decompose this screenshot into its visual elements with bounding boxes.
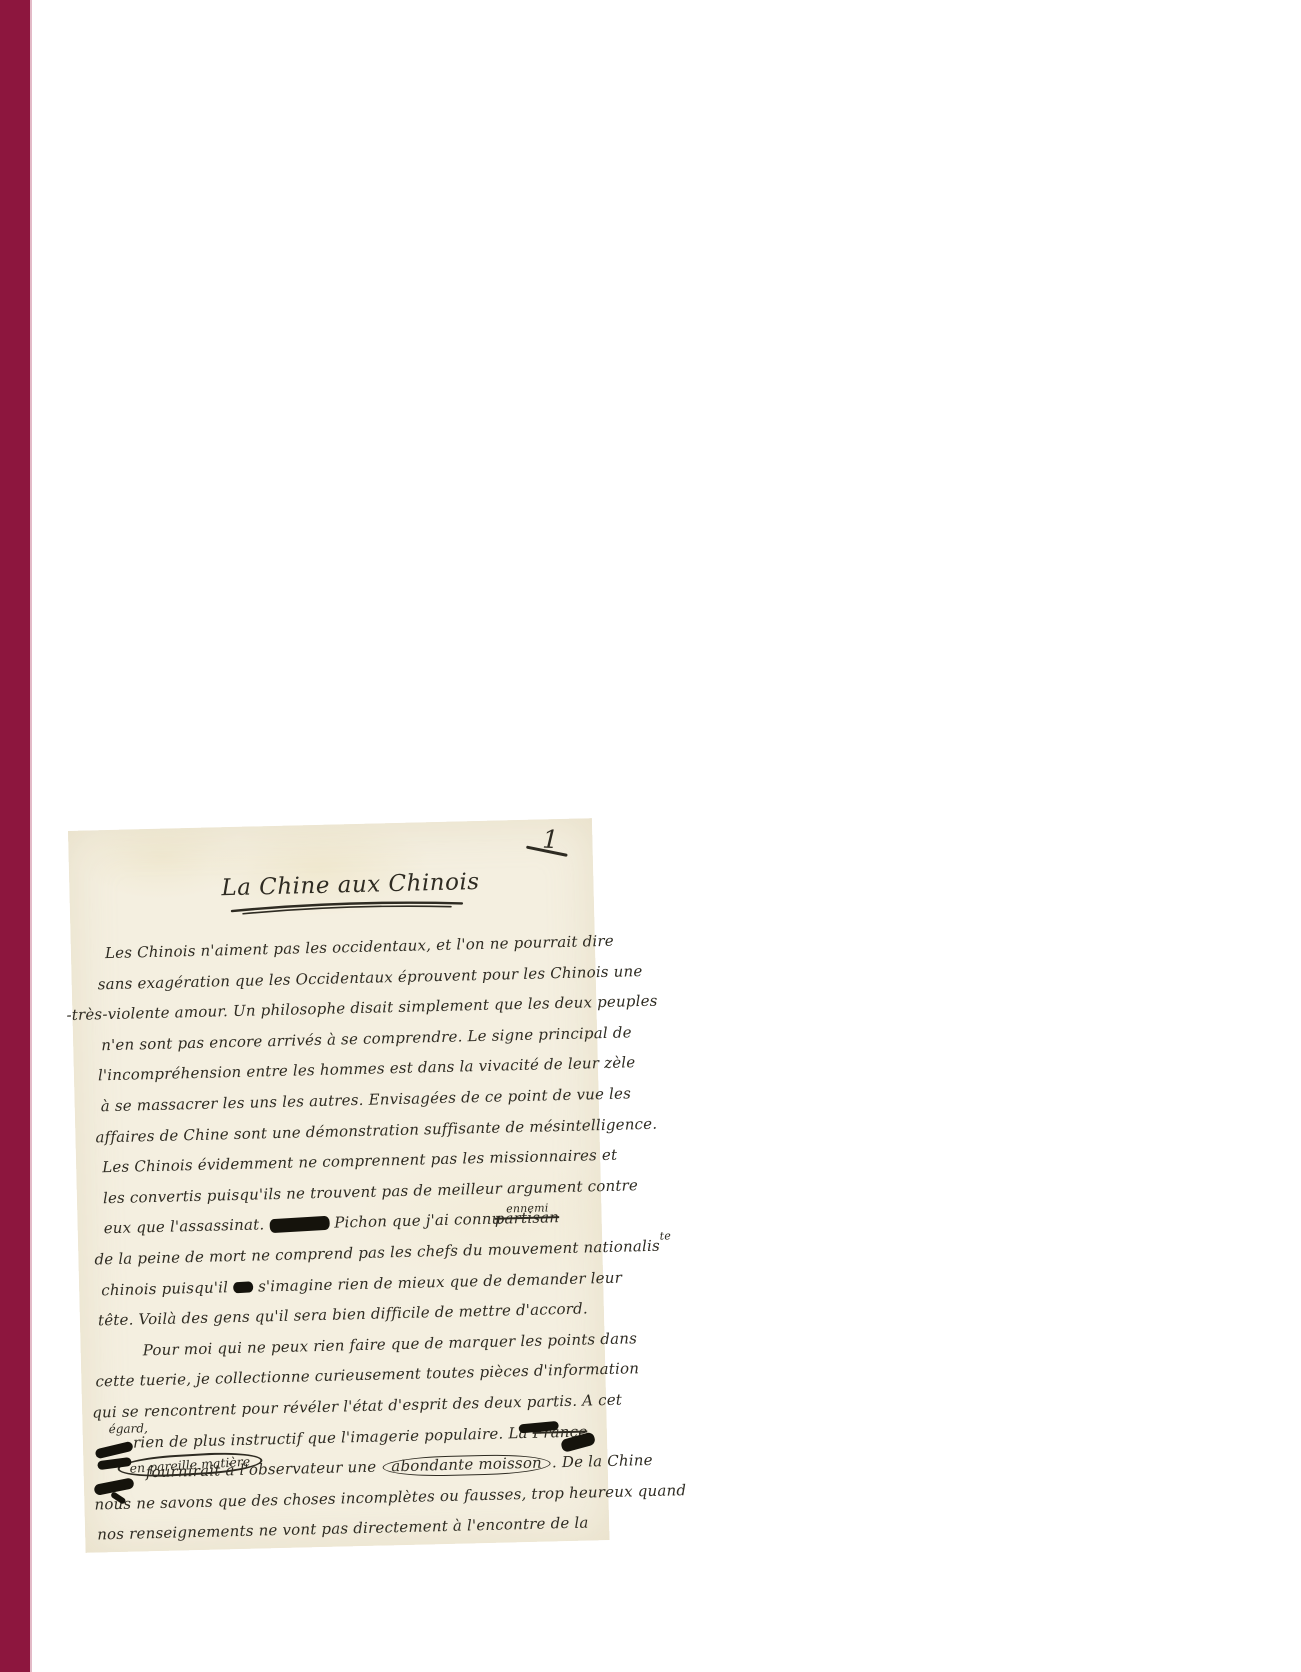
page-number: 1 <box>542 827 569 854</box>
inserted-word: te <box>659 1229 671 1242</box>
title-block: La Chine aux Chinois <box>221 869 472 915</box>
text-segment: Les Chinois n'aiment pas les occidentaux… <box>105 932 614 962</box>
margin-annotation: égard, <box>108 1421 148 1436</box>
redaction-blob <box>269 1216 330 1234</box>
left-red-stripe <box>0 0 32 1672</box>
text-segment: chinois puisqu'il <box>101 1278 233 1299</box>
text-segment: Pichon que j'ai connu <box>329 1210 507 1232</box>
inserted-word: ennemi <box>506 1202 549 1216</box>
redaction-blob <box>233 1281 254 1293</box>
manuscript-page: 1 La Chine aux Chinois Les Chinois n'aim… <box>68 818 609 1553</box>
circled-phrase: abondante moisson <box>382 1453 551 1477</box>
text-segment: . De la Chine <box>552 1451 653 1471</box>
scan-canvas: 1 La Chine aux Chinois Les Chinois n'aim… <box>0 0 1301 1672</box>
text-segment: eux que l'assassinat. <box>104 1216 270 1238</box>
annotations-layer: égard,en pareille matière <box>68 818 592 831</box>
